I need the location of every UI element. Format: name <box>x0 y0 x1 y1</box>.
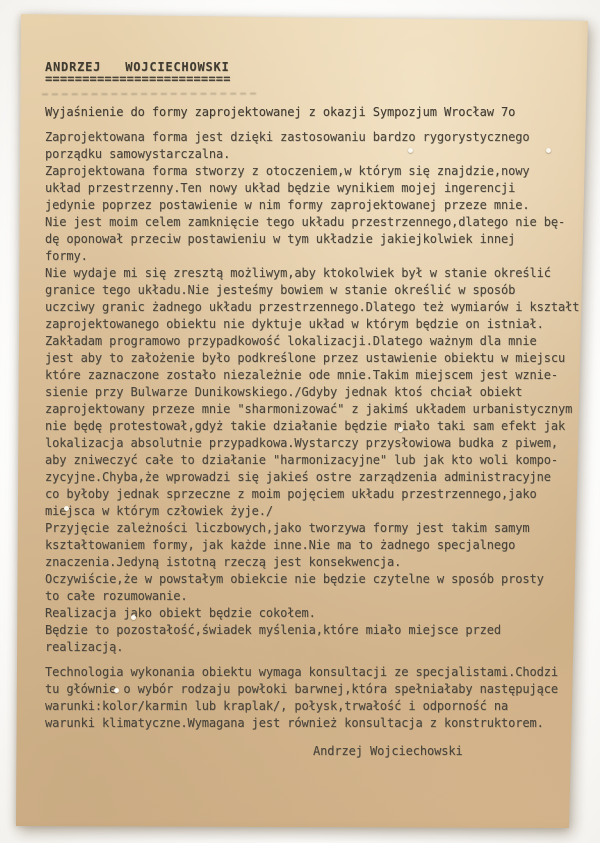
typed-line: co byłoby jednak sprzeczne z moim pojęci… <box>45 486 591 503</box>
typed-line: Przyjęcie zależności liczbowych,jako two… <box>45 520 591 537</box>
typed-line: układ przestrzenny.Ten nowy układ będzie… <box>45 180 591 197</box>
typed-line: realizacją. <box>45 639 591 656</box>
typed-line: które zaznaczone zostało niezależnie ode… <box>45 367 591 384</box>
pinhole <box>546 148 551 153</box>
pinhole <box>64 506 69 511</box>
typed-line: zaprojektowanego obiektu nie dyktuje ukł… <box>45 316 591 333</box>
pinhole <box>398 427 403 432</box>
typed-line: aby zniweczyć całe to działanie "harmoni… <box>45 452 591 469</box>
document-title: Wyjaśnienie do formy zaprojektowanej z o… <box>45 105 515 119</box>
author-header-underline: ========================= <box>45 72 231 86</box>
typed-line: Nie wydaje mi się zresztą możliwym,aby k… <box>45 265 591 282</box>
typed-line: lokalizacja absolutnie przypadkowa.Wysta… <box>45 435 591 452</box>
typed-line: to całe rozumowanie. <box>45 588 591 605</box>
typed-line: Oczywiście,że w powstałym obiekcie nie b… <box>45 571 591 588</box>
paragraph-gap <box>45 656 591 664</box>
paper-shadow-wrap: ANDRZEJ WOJCIECHOWSKI ==================… <box>0 0 600 843</box>
typed-line: jest aby to założenie było podkreślone p… <box>45 350 591 367</box>
typed-line: dę oponował przeciw postawieniu w tym uk… <box>45 231 591 248</box>
scanned-page-stage: ANDRZEJ WOJCIECHOWSKI ==================… <box>0 0 600 843</box>
typed-line: zycyjne.Chyba,że wprowadzi się jakieś os… <box>45 469 591 486</box>
typed-line: sienie przy Bulwarze Dunikowskiego./Gdyb… <box>45 384 591 401</box>
typed-body: Zaprojektowana forma jest dzięki zastoso… <box>45 129 591 732</box>
typed-line: kształtowaniem formy, jak każde inne.Nie… <box>45 537 591 554</box>
typed-line: znaczenia.Jedyną istotną rzeczą jest kon… <box>45 554 591 571</box>
faint-crease-line <box>42 93 256 96</box>
typed-line: warunki:kolor/karmin lub kraplak/, połys… <box>45 698 591 715</box>
pinhole <box>408 148 413 153</box>
typed-line: tu głównie o wybór rodzaju powłoki barwn… <box>45 681 591 698</box>
typed-line: jedynie poprzez postawienie w nim formy … <box>45 197 591 214</box>
pinhole <box>114 688 119 693</box>
signature: Andrzej Wojciechowski <box>313 744 463 758</box>
typed-line: Nie jest moim celem zamknięcie tego ukła… <box>45 214 591 231</box>
typed-line: miejsca w którym człowiek żyje./ <box>45 503 591 520</box>
pinhole <box>131 615 136 620</box>
typed-line: Zaprojektowana forma stworzy z otoczenie… <box>45 163 591 180</box>
typed-line: warunki klimatyczne.Wymagana jest równie… <box>45 715 591 732</box>
typed-line: Zaprojektowana forma jest dzięki zastoso… <box>45 129 591 146</box>
typed-line: nie będę protestował,gdyż takie działani… <box>45 418 591 435</box>
typed-line: uczciwy granic żadnego układu przestrzen… <box>45 299 591 316</box>
typed-line: Zakładam programowo przypadkowość lokali… <box>45 333 591 350</box>
typed-line: formy. <box>45 248 591 265</box>
typewritten-sheet: ANDRZEJ WOJCIECHOWSKI ==================… <box>0 0 600 843</box>
typed-line: porządku samowystarczalna. <box>45 146 591 163</box>
typed-line: Technologia wykonania obiektu wymaga kon… <box>45 664 591 681</box>
typed-line: zaprojektowany przeze mnie "sharmonizowa… <box>45 401 591 418</box>
typed-line: Będzie to pozostałość,świadek myślenia,k… <box>45 622 591 639</box>
typed-line: Realizacja jako obiekt będzie cokołem. <box>45 605 591 622</box>
typed-line: granice tego układu.Nie jesteśmy bowiem … <box>45 282 591 299</box>
